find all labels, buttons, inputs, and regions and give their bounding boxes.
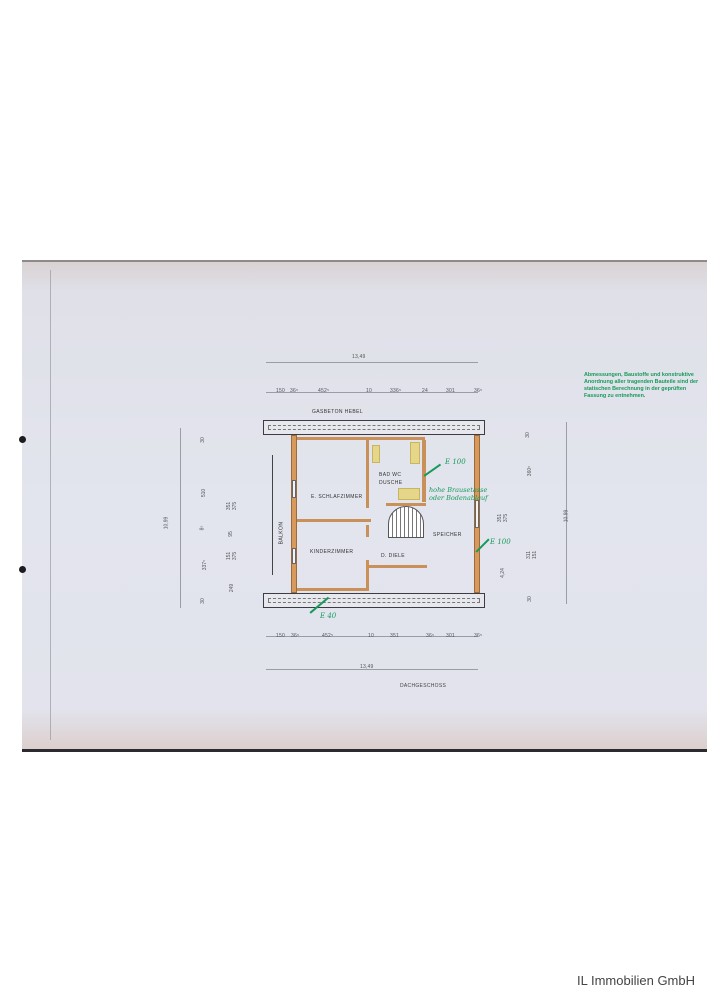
washbasin-fixture	[398, 488, 420, 500]
left-dimension-line	[180, 428, 181, 608]
window	[292, 548, 296, 564]
left-inner-dimension: 95	[228, 531, 234, 537]
plan-sheet	[22, 260, 707, 752]
punch-hole	[19, 566, 26, 573]
left-dimension: 337⁵	[202, 560, 208, 570]
partition-wall	[366, 525, 369, 537]
room-schlafzimmer: E. SCHLAFZIMMER	[311, 494, 363, 500]
handwritten-e100-top: E 100	[445, 458, 466, 466]
right-dimension: 30	[525, 432, 531, 438]
left-wall	[291, 435, 297, 593]
right-total-dimension: 10,99	[563, 510, 569, 523]
bath-right-wall	[422, 440, 426, 502]
right-dimension: 360⁵	[527, 466, 533, 476]
left-dimension: 30	[200, 598, 206, 604]
bottom-total-dimension: 13,49	[360, 664, 374, 670]
handwritten-e40-bottom: E 40	[320, 612, 336, 620]
window	[475, 500, 479, 528]
left-dimension: 8⁵	[199, 526, 205, 531]
top-inner-wall	[297, 437, 425, 440]
bottom-slab	[263, 593, 485, 608]
right-dimension: 311	[526, 551, 532, 559]
room-kinderzimmer: KINDERZIMMER	[310, 549, 353, 555]
handwritten-bath-note-2: oder Bodenablauf	[429, 494, 488, 502]
staircase	[388, 506, 424, 538]
left-total-dimension: 10,99	[163, 517, 169, 530]
handwritten-e100-right: E 100	[490, 538, 511, 546]
plan-title: DACHGESCHOSS	[400, 683, 446, 689]
bathtub-fixture	[372, 445, 380, 463]
margin-line	[50, 270, 51, 740]
window	[292, 480, 296, 498]
bottom-inner-wall	[297, 588, 369, 591]
right-inner-dimension: 4,24	[500, 568, 506, 578]
diele-wall	[369, 565, 427, 568]
top-total-dimension: 13,49	[352, 354, 366, 360]
company-watermark: IL Immobilien GmbH	[577, 973, 695, 988]
room-dusche: DUSCHE	[379, 480, 403, 486]
room-bad: BAD WC	[379, 472, 401, 478]
left-inner-dimension: 375	[232, 552, 238, 560]
room-speicher: SPEICHER	[433, 532, 462, 538]
balcony-label: BALKON	[278, 522, 284, 545]
punch-hole	[19, 436, 26, 443]
left-dimension: 30	[200, 437, 206, 443]
top-total-dimension-line	[266, 362, 478, 363]
shower-fixture	[410, 442, 420, 464]
top-slab	[263, 420, 485, 435]
kinderzimmer-wall	[297, 519, 371, 522]
left-inner-dimension: 375	[232, 502, 238, 510]
left-inner-dimension: 249	[229, 584, 235, 592]
right-dimension: 151	[532, 551, 538, 559]
room-diele: D. DIELE	[381, 553, 405, 559]
top-slab-label: GASBETON HEBEL	[312, 409, 363, 415]
right-dimension: 30	[527, 596, 533, 602]
handwritten-bath-note: hohe Brausetasse	[429, 486, 487, 494]
structural-note: Abmessungen, Baustoffe und konstruktive …	[584, 372, 704, 400]
balcony-railing	[272, 455, 273, 575]
bath-wall	[366, 440, 369, 508]
right-inner-dimension: 375	[503, 514, 509, 522]
left-dimension: 510	[201, 489, 207, 497]
